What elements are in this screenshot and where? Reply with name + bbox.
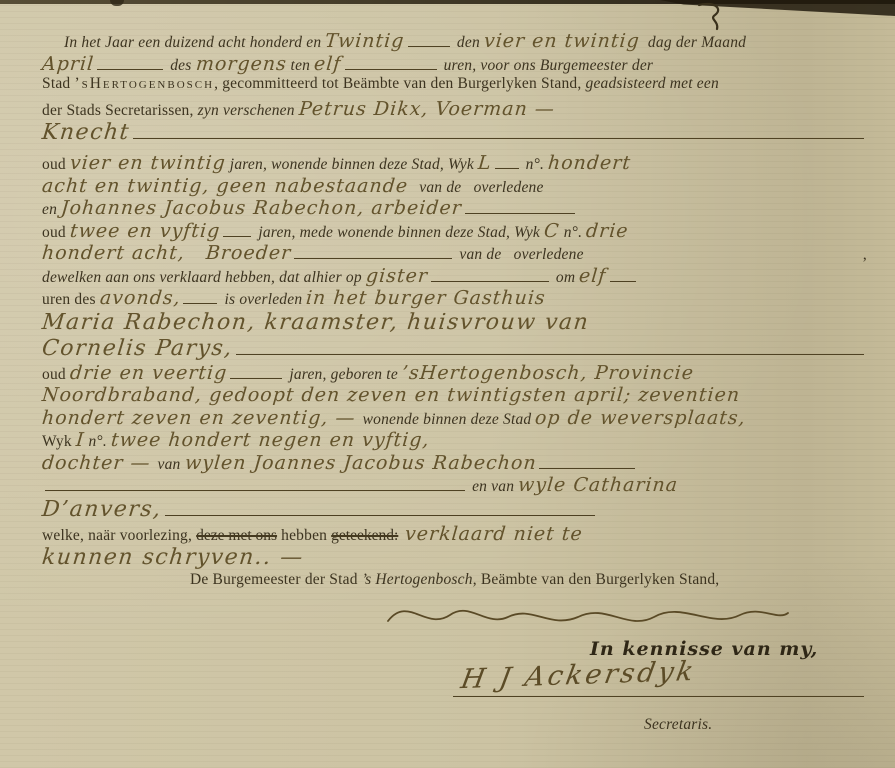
- printed-smallcaps-text: ’sHertogenbosch: [74, 75, 214, 93]
- fill-rule-line: [236, 351, 864, 355]
- printed-text: n°.: [84, 433, 111, 451]
- struck-through-text: geteekend:: [331, 527, 398, 545]
- handwritten-text: wyle Catharina: [517, 474, 679, 496]
- fill-rule-line: [230, 375, 282, 379]
- printed-text: ,: [863, 246, 867, 264]
- document-line: der Stads Secretarissen, zyn verschenen …: [42, 98, 867, 121]
- fill-rule-line: [345, 66, 437, 70]
- handwritten-text: Maria Rabechon, kraamster, huisvrouw van: [41, 310, 591, 335]
- fill-rule-line: [223, 233, 251, 237]
- printed-text: dag der Maand: [640, 34, 746, 52]
- document-line: [42, 594, 867, 638]
- fill-rule-line: [294, 255, 452, 259]
- printed-text: oud: [42, 224, 70, 242]
- attestation-text: In kennisse van my,: [590, 638, 818, 660]
- document-line: In kennisse van my,: [42, 638, 867, 661]
- fill-rule-line: [183, 300, 217, 304]
- printed-text: den: [453, 34, 484, 52]
- document-line: Noordbraband, gedoopt den zeven en twint…: [42, 384, 867, 407]
- handwritten-text: Cornelis Parys,: [41, 336, 234, 361]
- handwritten-text: Broeder: [205, 242, 292, 264]
- document-line: [42, 693, 867, 716]
- document-line: en Johannes Jacobus Rabechon, arbeider: [42, 197, 867, 220]
- printed-text: welke, naär voorlezing,: [42, 527, 196, 545]
- handwritten-text: gister: [365, 265, 429, 287]
- document-line: Secretaris.: [42, 716, 867, 739]
- handwritten-text: Knecht: [41, 120, 132, 145]
- printed-text: jaren, wonende binnen deze Stad, Wyk: [226, 156, 478, 174]
- document-line: oud vier en twintig jaren, wonende binne…: [42, 152, 867, 175]
- handwritten-text: Noordbraband, gedoopt den zeven en twint…: [41, 384, 741, 406]
- handwritten-text: avonds,: [99, 287, 182, 309]
- fill-rule-line: [133, 135, 864, 139]
- fill-rule-line: [165, 512, 595, 516]
- printed-text: om: [552, 269, 580, 287]
- printed-text: ’s Hertogenbosch: [362, 571, 473, 589]
- handwritten-text: dochter —: [41, 452, 158, 474]
- document-line: Maria Rabechon, kraamster, huisvrouw van: [42, 310, 867, 336]
- printed-text: Secretaris.: [644, 716, 712, 734]
- fill-rule-line: [495, 165, 519, 169]
- printed-text: dewelken aan ons verklaard hebben, dat a…: [42, 269, 366, 287]
- document-line: hondert zeven en zeventig, — wonende bin…: [42, 407, 867, 430]
- printed-text: jaren, mede wonende binnen deze Stad, Wy…: [254, 224, 544, 242]
- printed-text: De Burgemeester der Stad: [190, 571, 362, 589]
- document-line: en van wyle Catharina: [42, 474, 867, 497]
- handwritten-text: twee en vyftig: [69, 220, 221, 242]
- printed-text: Wyk: [42, 433, 76, 451]
- handwritten-text: Twintig: [324, 30, 405, 52]
- printed-text: n°.: [560, 224, 587, 242]
- printed-text: en: [42, 201, 61, 219]
- handwritten-text: hondert: [547, 152, 632, 174]
- secretaris-signature: H J Ackersdyk: [458, 656, 698, 695]
- handwritten-text: D’anvers,: [41, 497, 163, 522]
- handwritten-text: in het burger Gasthuis: [305, 287, 547, 309]
- struck-through-text: deze met ons: [196, 527, 277, 545]
- document-line: dochter — van wylen Joannes Jacobus Rabe…: [42, 452, 867, 475]
- printed-text: oud: [42, 366, 70, 384]
- fill-rule-line: [453, 693, 864, 697]
- handwritten-text: L: [477, 152, 493, 174]
- fill-rule-line: [539, 465, 635, 469]
- handwritten-text: elf: [313, 53, 342, 75]
- printed-text: van de overledene: [415, 179, 543, 197]
- printed-text: der Stads Secretarissen,: [42, 102, 198, 120]
- document-line: D’anvers,: [42, 497, 867, 523]
- document-line: hondert acht, Broeder van de overledene,: [42, 242, 867, 265]
- document-line: kunnen schryven.. —: [42, 545, 867, 571]
- printed-text: n°.: [522, 156, 549, 174]
- handwritten-text: vier en twintig: [483, 30, 641, 52]
- handwritten-text: op de weversplaats,: [535, 407, 748, 429]
- handwritten-text: kunnen schryven.. —: [41, 545, 305, 570]
- fill-rule-line: [610, 278, 636, 282]
- document-line: In het Jaar een duizend acht honderd en …: [42, 30, 867, 53]
- handwritten-text: Johannes Jacobus Rabechon, arbeider: [60, 197, 463, 219]
- handwritten-text: morgens: [195, 53, 288, 75]
- document-line: oud twee en vyftig jaren, mede wonende b…: [42, 220, 867, 243]
- handwritten-text: drie: [585, 220, 630, 242]
- scanned-document: In het Jaar een duizend acht honderd en …: [0, 0, 895, 768]
- printed-text: des: [166, 57, 195, 75]
- handwritten-text: I: [75, 429, 85, 451]
- handwritten-text: hondert zeven en zeventig, —: [41, 407, 364, 429]
- printed-text: wonende binnen deze Stad: [363, 411, 536, 429]
- document-line: De Burgemeester der Stad ’s Hertogenbosc…: [42, 571, 867, 594]
- handwritten-text: wylen Joannes Jacobus Rabechon: [184, 452, 538, 474]
- document-line: uren des avonds, is overleden in het bur…: [42, 287, 867, 310]
- printed-text: jaren, geboren te: [285, 366, 402, 384]
- document-body: In het Jaar een duizend acht honderd en …: [0, 0, 895, 768]
- printed-text: zyn verschenen: [198, 102, 299, 120]
- handwritten-text: twee hondert negen en vyftig,: [110, 429, 431, 451]
- fill-rule-line: [97, 66, 163, 70]
- handwritten-text: C: [543, 220, 560, 242]
- handwritten-text: drie en veertig: [69, 362, 228, 384]
- fill-rule-line: [431, 278, 549, 282]
- document-line: Knecht: [42, 120, 867, 146]
- printed-text: , gecommitteerd tot Beämbte van den Burg…: [214, 75, 585, 93]
- handwritten-text: hondert acht,: [41, 242, 207, 264]
- fill-rule-line: [465, 210, 575, 214]
- document-line: dewelken aan ons verklaard hebben, dat a…: [42, 265, 867, 288]
- document-line: welke, naär voorlezing, deze met ons heb…: [42, 523, 867, 546]
- fill-rule-line: [45, 487, 465, 491]
- printed-text: is overleden: [220, 291, 306, 309]
- document-line: Wyk I n°. twee hondert negen en vyftig,: [42, 429, 867, 452]
- handwritten-text: Petrus Dikx, Voerman —: [298, 98, 556, 120]
- printed-text: uren des: [42, 291, 100, 309]
- fill-rule-line: [408, 43, 450, 47]
- handwritten-text: elf: [578, 265, 607, 287]
- printed-text: Stad: [42, 75, 74, 93]
- printed-text: uren, voor ons Burgemeester der: [440, 57, 654, 75]
- printed-text: en van: [468, 478, 518, 496]
- printed-text: In het Jaar een duizend acht honderd en: [64, 34, 325, 52]
- document-line: acht en twintig, geen nabestaande van de…: [42, 175, 867, 198]
- burgemeester-signature: [382, 593, 792, 638]
- document-line: April des morgens ten elf uren, voor ons…: [42, 53, 867, 76]
- handwritten-text: acht en twintig, geen nabestaande: [41, 175, 416, 197]
- handwritten-text: verklaard niet te: [397, 523, 584, 545]
- document-line: Cornelis Parys,: [42, 336, 867, 362]
- handwritten-text: ’sHertogenbosch, Provincie: [401, 362, 695, 384]
- printed-text: , Beämbte van den Burgerlyken Stand,: [473, 571, 720, 589]
- document-line: oud drie en veertig jaren, geboren te ’s…: [42, 362, 867, 385]
- printed-text: van de overledene: [455, 246, 583, 264]
- handwritten-text: vier en twintig: [69, 152, 227, 174]
- printed-text: van: [158, 456, 185, 474]
- printed-text: hebben: [277, 527, 331, 545]
- printed-text: oud: [42, 156, 70, 174]
- printed-text: geadsisteerd met een: [586, 75, 719, 93]
- printed-text: ten: [286, 57, 314, 75]
- handwritten-text: April: [41, 53, 95, 75]
- document-line: Stad ’sHertogenbosch, gecommitteerd tot …: [42, 75, 867, 98]
